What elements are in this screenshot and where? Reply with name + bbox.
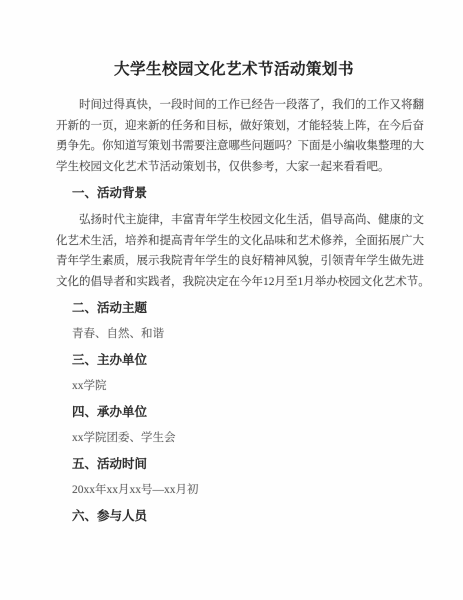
section-item-undertaker: xx学院团委、学生会: [72, 429, 412, 448]
section-heading-theme: 二、活动主题: [72, 299, 412, 318]
intro-paragraph: 时间过得真快，一段时间的工作已经告一段落了，我们的工作又将翻 开新的一页，迎来新…: [56, 95, 412, 177]
section-item-theme: 青春、自然、和谐: [72, 325, 412, 344]
section-heading-organizer: 三、主办单位: [72, 351, 412, 370]
document-content: 大学生校园文化艺术节活动策划书 时间过得真快，一段时间的工作已经告一段落了，我们…: [0, 0, 463, 600]
section-body-background: 弘扬时代主旋律，丰富青年学生校园文化生活，倡导高尚、健康的文 化艺术生活，培养和…: [56, 210, 412, 292]
section-heading-undertaker: 四、承办单位: [72, 403, 412, 422]
section-item-time: 20xx年xx月xx号—xx月初: [72, 481, 412, 500]
section-heading-participants: 六、参与人员: [72, 507, 412, 526]
document-page: 大学生校园文化艺术节活动策划书 时间过得真快，一段时间的工作已经告一段落了，我们…: [0, 0, 463, 600]
section-heading-time: 五、活动时间: [72, 455, 412, 474]
section-heading-background: 一、活动背景: [72, 184, 412, 203]
document-title: 大学生校园文化艺术节活动策划书: [56, 59, 412, 81]
section-item-organizer: xx学院: [72, 377, 412, 396]
